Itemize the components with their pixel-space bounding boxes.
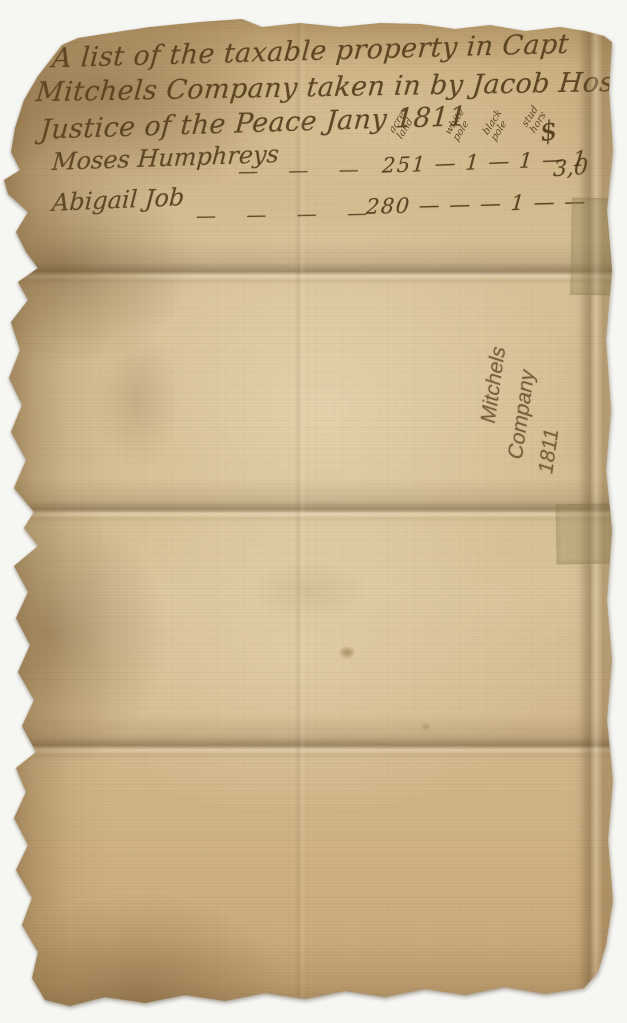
dollar-sign: $	[538, 115, 559, 148]
taxpayer-figures: 280 — — — 1 — —	[365, 189, 588, 219]
docket-inscription: Mitchels Company 1811	[470, 279, 613, 484]
smudge	[250, 560, 370, 620]
column-header-black-pole: black pole	[482, 104, 514, 143]
docket-line-2: Company	[504, 281, 552, 463]
scanner-background: A list of the taxable property in Capt M…	[0, 0, 627, 1023]
docket-line-3: 1811	[535, 286, 584, 478]
ink-stain	[339, 646, 355, 659]
heading-line-1: A list of the taxable property in Capt	[51, 29, 570, 75]
horizontal-fold-crease	[0, 478, 627, 524]
document-paper: A list of the taxable property in Capt M…	[0, 0, 627, 1023]
smudge	[92, 330, 182, 470]
taxpayer-name: Abigail Job	[51, 183, 185, 217]
dash-rule: — — — —	[196, 200, 379, 227]
stain	[420, 722, 432, 731]
dash-rule: — — —	[238, 157, 371, 183]
vertical-fold-crease-center	[294, 0, 306, 1023]
paper-shadow-wrap: A list of the taxable property in Capt M…	[0, 0, 627, 1023]
horizontal-fold-crease	[0, 240, 627, 286]
taxpayer-amount: 3,0	[553, 155, 589, 183]
tape-repair	[555, 503, 614, 564]
docket-line-1: Mitchels	[477, 277, 520, 427]
horizontal-fold-crease	[0, 714, 627, 760]
